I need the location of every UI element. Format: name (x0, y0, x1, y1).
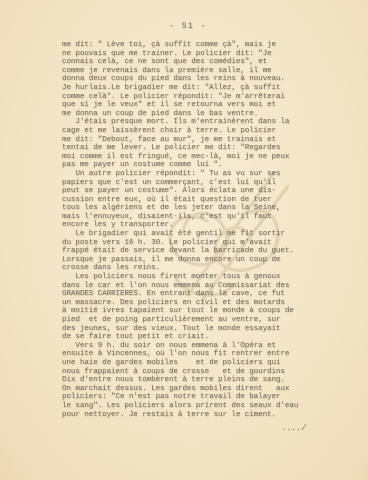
text-line: dans le car et l'on nous emmena au Commi… (62, 282, 318, 291)
text-line: des jeunes, sur des vieux. Tout le monde… (62, 325, 318, 334)
text-line: ne pouvais que me trainer. Le policier d… (62, 50, 318, 59)
text-line: GRANDES CARRIERES. En entrant dans la ca… (62, 290, 318, 299)
page-number: - 51 - (62, 22, 314, 31)
text-line: encore les y transporter. (62, 221, 318, 230)
text-line: Un autre policier répondit: " Tu as vu s… (62, 170, 318, 179)
text-line: pour nettoyer. Je restais à terre sur le… (62, 411, 318, 420)
text-line: policiers: "Ce n'est pas notre travail d… (62, 393, 318, 402)
text-line: J'étais presque mort. Ils m'entrainèrent… (62, 118, 318, 127)
text-line: frappé était de service devant la barric… (62, 247, 318, 256)
text-line: cage et me laissèrent choir à terre. Le … (62, 127, 318, 136)
text-line: une haie de gardes mobiles et de policie… (62, 359, 318, 368)
text-line: papiers que c'est un commerçant, c'est l… (62, 179, 318, 188)
continuation-mark: ..../ (282, 424, 306, 433)
text-line: tentai de me lever. Le policier me dit: … (62, 144, 318, 153)
text-line: peut se payer un costume". Alors éclata … (62, 187, 318, 196)
text-line: crosse dans les reins. (62, 264, 318, 273)
text-line: comme celà". Le policier répondit: "Je m… (62, 93, 318, 102)
text-line: ensuite à Vincennes, où l'on nous fit re… (62, 350, 318, 359)
scanned-page: - 51 - me dit: " Lève toi, çà suffit com… (0, 0, 368, 480)
text-line: à moitié ivres tapaient sur tout le mond… (62, 307, 318, 316)
text-line: le sang". Les policiers alors prirent de… (62, 402, 318, 411)
text-line: donna deux coups du pied dans les reins … (62, 75, 318, 84)
text-line: pas me payer un costume comme lui ". (62, 161, 318, 170)
text-line: de se faire tout petit et criait. (62, 333, 318, 342)
text-line: pied et de poing particulièrement au ven… (62, 316, 318, 325)
body-text: me dit: " Lève toi, çà suffit comme çà",… (62, 41, 318, 419)
text-line: Dix d'entre nous tombèrent à terre plein… (62, 376, 318, 385)
text-line: Les policiers nous firent monter tous à … (62, 273, 318, 282)
text-line: nous frappaient à coups de crosse et de … (62, 368, 318, 377)
text-line: connais celà, ce ne sont que des comédie… (62, 58, 318, 67)
text-line: Je hurlais.Le brigadier me dit: "Allez, … (62, 84, 318, 93)
text-line: me dit: "Debout, face au mur", je me tra… (62, 136, 318, 145)
text-line: du poste vers 16 h. 30. Le policier qui … (62, 239, 318, 248)
text-line: que si je le veux" et il se retourna ver… (62, 101, 318, 110)
text-line: Le brigadier qui avait été gentil me fit… (62, 230, 318, 239)
text-line: tous les algériens et de les jeter dans … (62, 204, 318, 213)
text-line: cussion entre eux, où il était question … (62, 196, 318, 205)
text-line: me dit: " Lève toi, çà suffit comme çà",… (62, 41, 318, 50)
